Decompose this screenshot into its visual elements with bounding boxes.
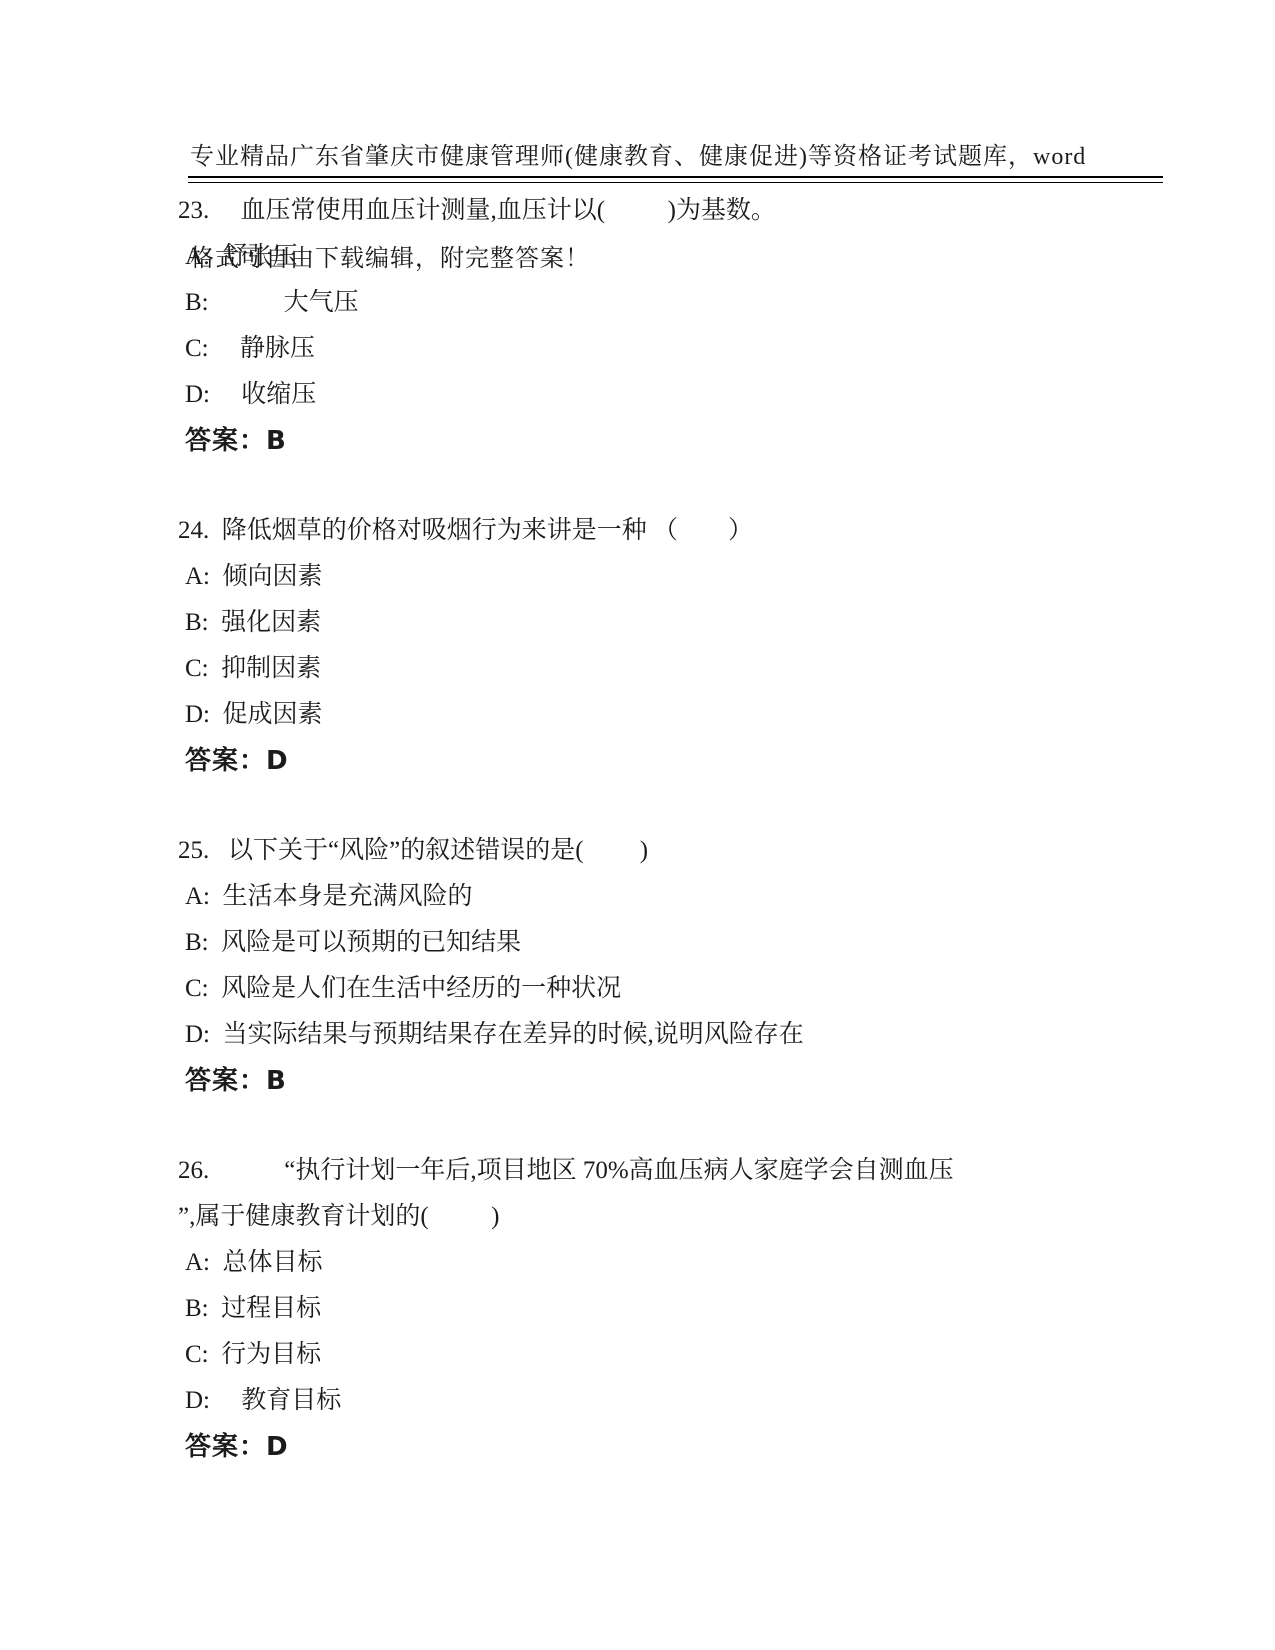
question-25-answer: 答案：B bbox=[178, 1058, 1178, 1104]
question-24-option-d: D: 促成因素 bbox=[178, 692, 1178, 738]
question-26-option-a: A: 总体目标 bbox=[178, 1240, 1178, 1286]
header-line-1: 专业精品广东省肇庆市健康管理师(健康教育、健康促进)等资格证考试题库，word bbox=[190, 140, 1090, 174]
question-24: 24. 降低烟草的价格对吸烟行为来讲是一种 （ ） A: 倾向因素 B: 强化因… bbox=[178, 508, 1178, 784]
question-23-option-d: D: 收缩压 bbox=[178, 372, 1178, 418]
document-body: 23. 血压常使用血压计测量,血压计以( )为基数。 A: 舒张压 B: 大气压… bbox=[178, 188, 1178, 1470]
question-25-option-d: D: 当实际结果与预期结果存在差异的时候,说明风险存在 bbox=[178, 1012, 1178, 1058]
question-24-text: 24. 降低烟草的价格对吸烟行为来讲是一种 （ ） bbox=[178, 508, 1178, 554]
question-26-option-b: B: 过程目标 bbox=[178, 1286, 1178, 1332]
question-25-option-a: A: 生活本身是充满风险的 bbox=[178, 874, 1178, 920]
question-25: 25. 以下关于“风险”的叙述错误的是( ) A: 生活本身是充满风险的 B: … bbox=[178, 828, 1178, 1104]
question-25-option-c: C: 风险是人们在生活中经历的一种状况 bbox=[178, 966, 1178, 1012]
question-25-option-b: B: 风险是可以预期的已知结果 bbox=[178, 920, 1178, 966]
question-26-text-line-2: ”,属于健康教育计划的( ) bbox=[178, 1194, 1178, 1240]
question-26-option-c: C: 行为目标 bbox=[178, 1332, 1178, 1378]
question-23-text: 23. 血压常使用血压计测量,血压计以( )为基数。 bbox=[178, 188, 1178, 234]
question-24-option-b: B: 强化因素 bbox=[178, 600, 1178, 646]
question-24-option-c: C: 抑制因素 bbox=[178, 646, 1178, 692]
question-gap bbox=[178, 784, 1178, 828]
question-26-option-d: D: 教育目标 bbox=[178, 1378, 1178, 1424]
question-gap bbox=[178, 1104, 1178, 1148]
question-26: 26. “执行计划一年后,项目地区 70%高血压病人家庭学会自测血压 ”,属于健… bbox=[178, 1148, 1178, 1470]
question-gap bbox=[178, 464, 1178, 508]
question-23-option-b: B: 大气压 bbox=[178, 280, 1178, 326]
question-23-option-a: A: 舒张压 bbox=[178, 234, 1178, 280]
question-24-option-a: A: 倾向因素 bbox=[178, 554, 1178, 600]
question-26-answer: 答案：D bbox=[178, 1424, 1178, 1470]
question-23-answer: 答案：B bbox=[178, 418, 1178, 464]
question-23: 23. 血压常使用血压计测量,血压计以( )为基数。 A: 舒张压 B: 大气压… bbox=[178, 188, 1178, 464]
document-page: 专业精品广东省肇庆市健康管理师(健康教育、健康促进)等资格证考试题库，word … bbox=[0, 0, 1275, 1650]
question-26-text-line-1: 26. “执行计划一年后,项目地区 70%高血压病人家庭学会自测血压 bbox=[178, 1148, 1178, 1194]
question-25-text: 25. 以下关于“风险”的叙述错误的是( ) bbox=[178, 828, 1178, 874]
question-23-option-c: C: 静脉压 bbox=[178, 326, 1178, 372]
question-24-answer: 答案：D bbox=[178, 738, 1178, 784]
header-divider bbox=[188, 176, 1163, 183]
